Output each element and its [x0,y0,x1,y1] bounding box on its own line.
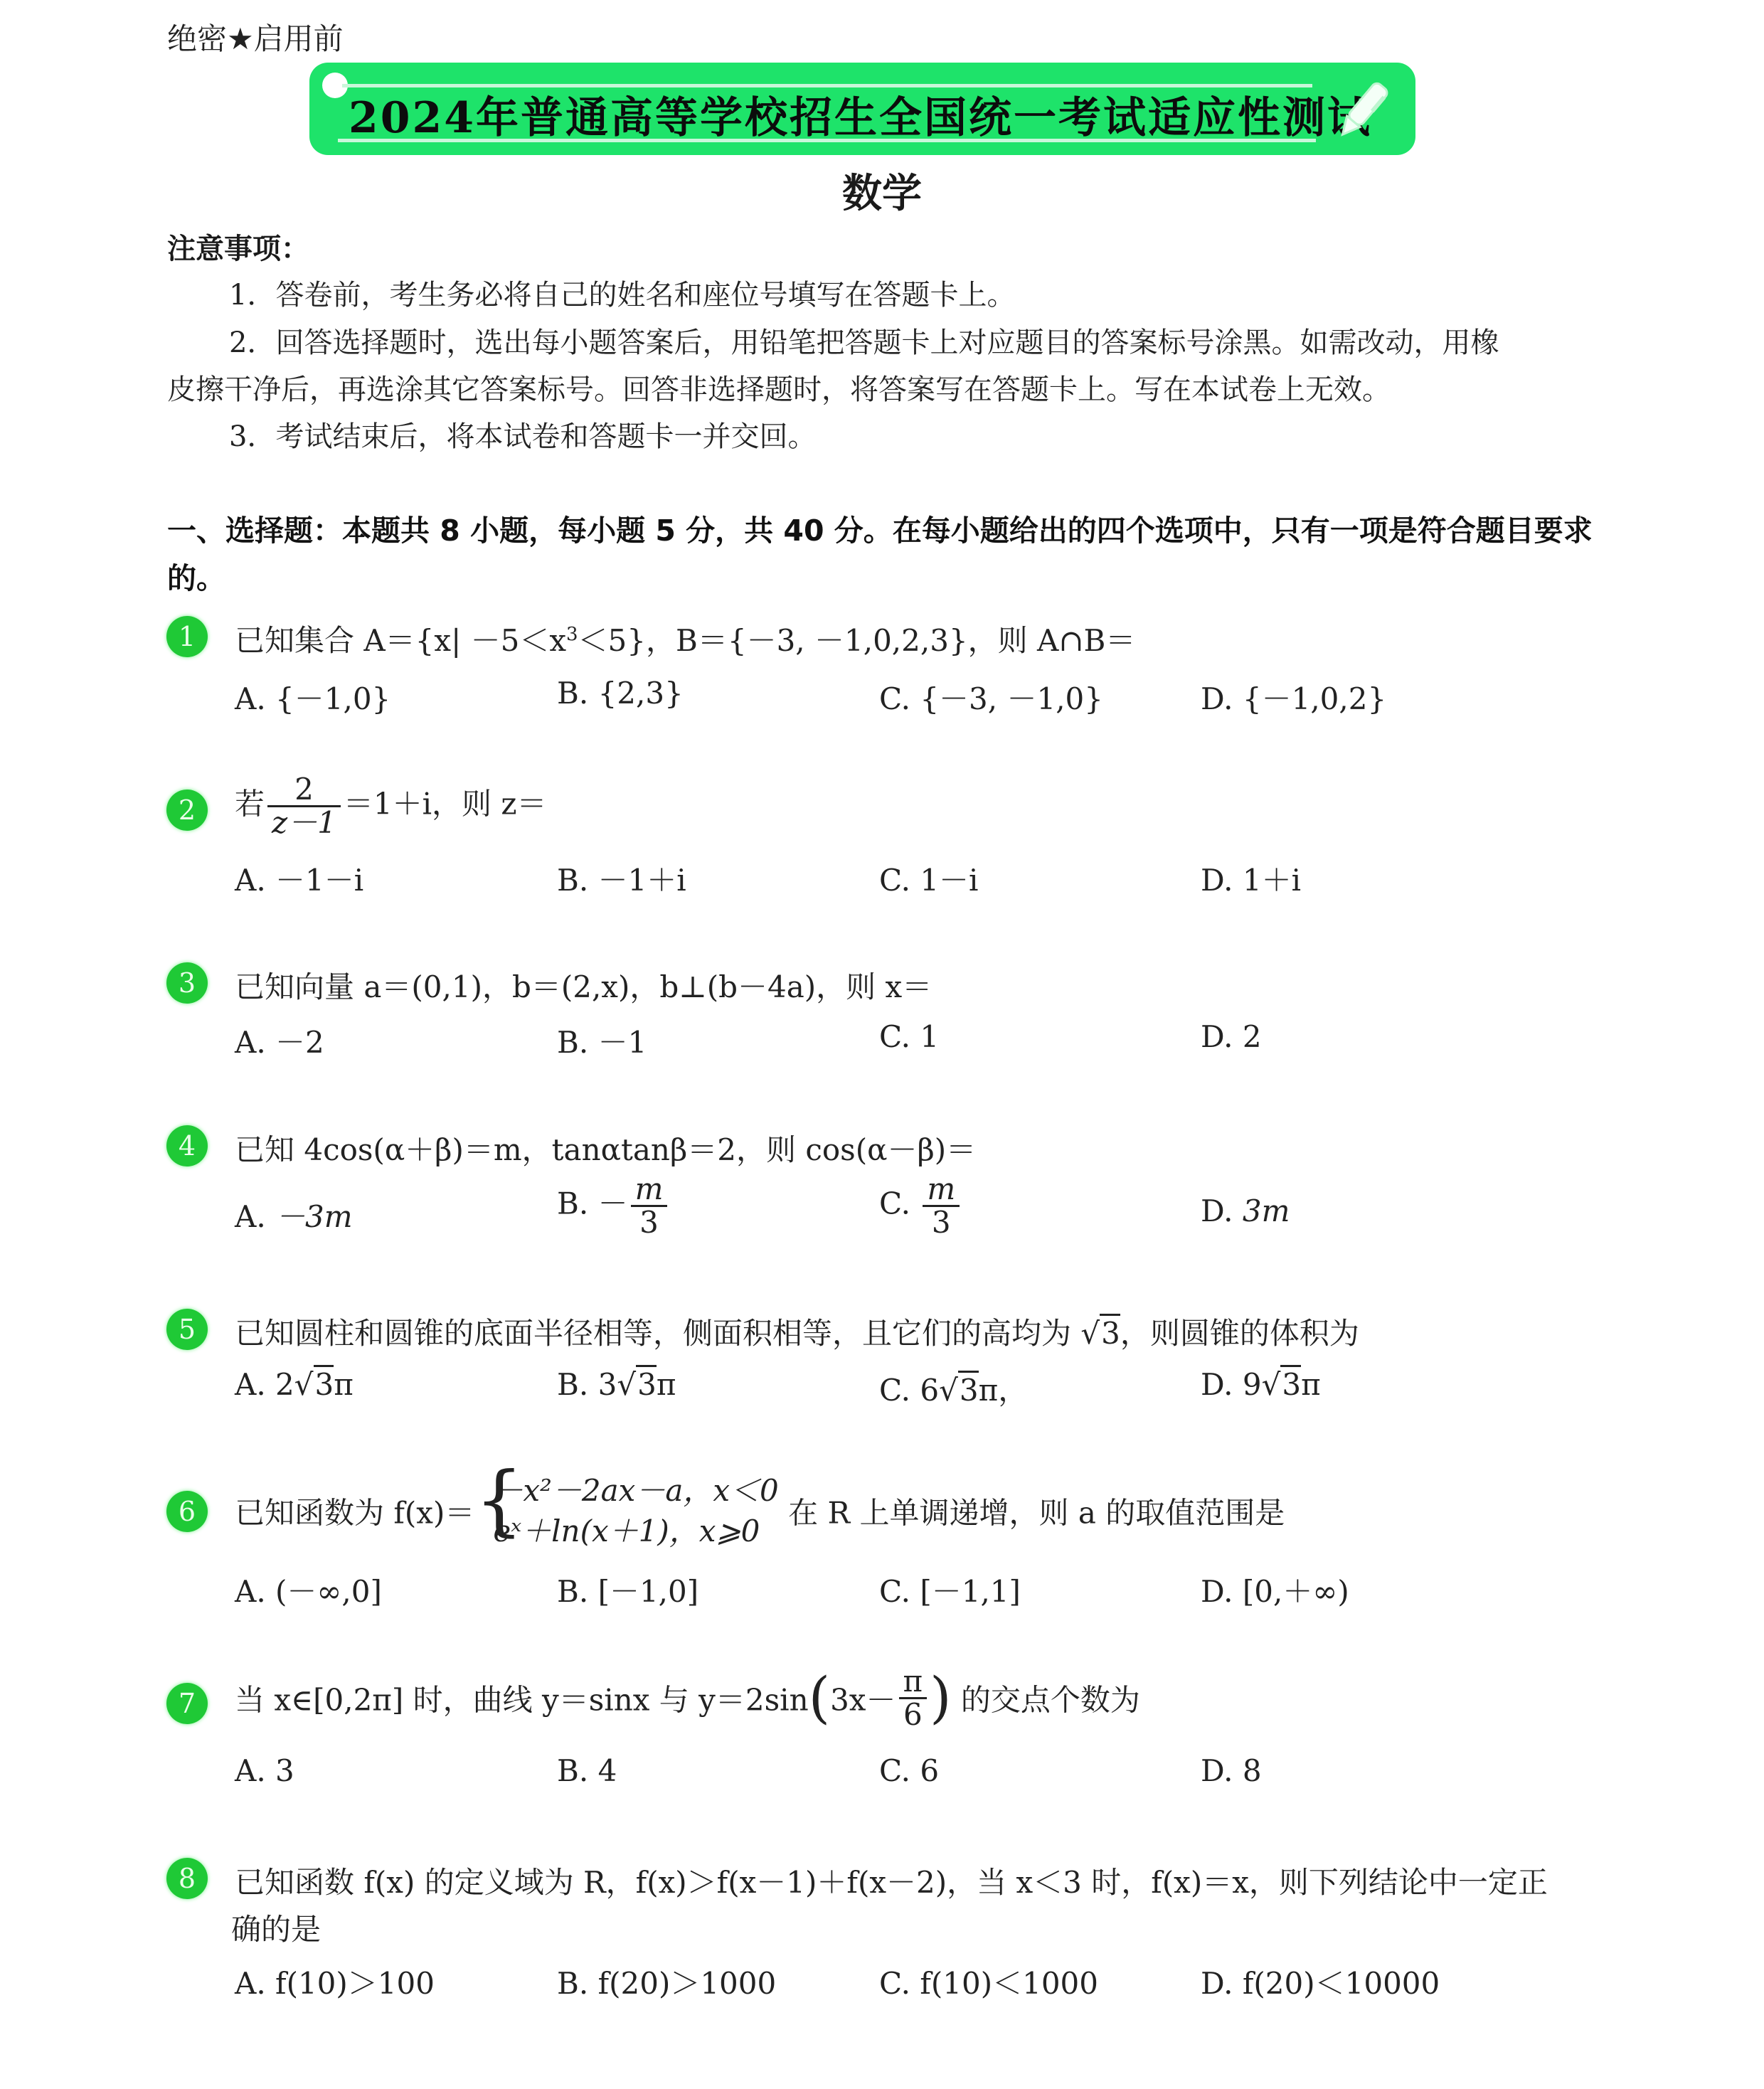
stem-text: 已知圆柱和圆锥的底面半径相等，侧面积相等，且它们的高均为 [235,1316,1071,1351]
coefficient: 3 [598,1367,617,1402]
question-number-badge: 5 [166,1309,208,1350]
stem-text: 已知函数为 f(x)＝ [235,1496,474,1531]
question-number-badge: 6 [166,1491,208,1532]
question-4-stem: 已知 4cos(α＋β)＝m，tanαtanβ＝2，则 cos(α－β)＝ [235,1127,976,1169]
notice-item-2: 2．回答选择题时，选出每小题答案后，用铅笔把答题卡上对应题目的答案标号涂黑。如需… [229,320,1499,361]
notice-title: 注意事项： [167,226,309,267]
question-8-option-c: C. f(10)＜1000 [879,1960,1098,2003]
piecewise-function: －x²－2ax－a，x＜0eˣ＋ln(x＋1)，x⩾0 [474,1471,778,1551]
option-value: 3m [1243,1194,1290,1228]
option-tail: π [1301,1367,1321,1402]
question-1-option-d: D. {－1,0,2} [1201,676,1386,718]
question-5-option-d: D. 9√3π [1201,1367,1321,1402]
question-6-stem: 已知函数为 f(x)＝－x²－2ax－a，x＜0eˣ＋ln(x＋1)，x⩾0 在… [235,1471,1285,1551]
question-2-option-c: C. 1－i [879,857,979,900]
question-8-option-a: A. f(10)＞100 [235,1960,435,2003]
stem-text: 3x－ [830,1683,896,1718]
fraction: π6 [899,1666,928,1731]
coefficient: 9 [1243,1367,1262,1402]
notice-item-2-continued: 皮擦干净后，再选涂其它答案标号。回答非选择题时，将答案写在答题卡上。写在本试卷上… [167,367,1391,408]
question-7-option-b: B. 4 [557,1753,617,1788]
question-4-option-c: C. m3 [879,1174,962,1238]
question-8-option-d: D. f(20)＜10000 [1201,1960,1440,2003]
stem-text: ＝1＋i，则 z＝ [344,787,547,822]
question-7-option-a: A. 3 [235,1753,294,1788]
question-1-option-b: B. {2,3} [557,676,684,711]
fraction: 2z－1 [267,774,341,839]
denominator: 3 [923,1207,960,1238]
question-2-option-b: B. －1＋i [557,857,686,900]
question-6-option-d: D. [0,＋∞) [1201,1568,1349,1611]
question-3-option-b: B. －1 [557,1019,647,1062]
option-label: D. [1201,1367,1233,1402]
option-label: A. [235,1199,266,1234]
question-5-option-b: B. 3√3π [557,1367,676,1402]
option-label: B. [557,1367,588,1402]
numerator: m [923,1174,960,1207]
option-tail: π [657,1367,676,1402]
stem-text: 在 R 上单调递增，则 a 的取值范围是 [788,1496,1285,1531]
question-2-stem: 若2z－1＝1＋i，则 z＝ [235,774,547,839]
section-header: 一、选择题：本题共 8 小题，每小题 5 分，共 40 分。在每小题给出的四个选… [167,507,1593,549]
question-6-option-c: C. [－1,1] [879,1568,1021,1611]
question-number-badge: 7 [166,1683,208,1724]
question-8-option-b: B. f(20)＞1000 [557,1960,776,2003]
question-number-badge: 2 [166,790,208,831]
sqrt-radicand: 3 [1280,1365,1301,1402]
numerator: m [631,1174,668,1207]
exponent: 3 [566,624,578,645]
question-number-badge: 1 [166,616,208,657]
stem-text: ＜5}，B＝{－3, －1,0,2,3}，则 A∩B＝ [578,623,1136,658]
fraction: m3 [631,1174,668,1238]
option-label: D. [1201,1194,1233,1228]
coefficient: 6 [920,1373,939,1408]
denominator: 3 [631,1207,668,1238]
numerator: 2 [267,774,341,807]
question-1-option-c: C. {－3, －1,0} [879,676,1103,718]
question-2-option-d: D. 1＋i [1201,857,1301,900]
question-5-stem: 已知圆柱和圆锥的底面半径相等，侧面积相等，且它们的高均为 √3，则圆锥的体积为 [235,1310,1359,1353]
question-6-option-b: B. [－1,0] [557,1568,698,1611]
option-label: A. [235,1367,266,1402]
question-7-option-c: C. 6 [879,1753,939,1788]
option-label: C. [879,1373,910,1408]
sqrt-radicand: 3 [314,1365,334,1402]
question-5-option-a: A. 2√3π [235,1367,354,1402]
question-4-option-a: A. －3m [235,1194,353,1236]
question-number-badge: 4 [166,1125,208,1166]
question-6-option-a: A. (－∞,0] [235,1568,382,1611]
option-tail: π， [979,1373,1029,1408]
sqrt-radicand: 3 [958,1371,979,1408]
question-5-option-c: C. 6√3π， [879,1367,1028,1410]
stem-text: 若 [235,787,265,822]
question-3-option-c: C. 1 [879,1019,939,1054]
question-3-option-a: A. －2 [235,1019,324,1062]
stem-text: 当 x∈[0,2π] 时，曲线 y＝sinx 与 y＝2sin [235,1683,809,1718]
option-tail: π [334,1367,354,1402]
question-4-option-b: B. －m3 [557,1174,670,1238]
option-label: C. [879,1186,910,1221]
stem-text: 已知集合 A＝{x| －5＜x [235,623,566,658]
left-paren: ( [809,1667,830,1731]
question-7-stem: 当 x∈[0,2π] 时，曲线 y＝sinx 与 y＝2sin(3x－π6) 的… [235,1666,1140,1731]
section-header-continued: 的。 [167,555,225,597]
option-label: B. [557,1186,588,1221]
piecewise-case-2: eˣ＋ln(x＋1)，x⩾0 [493,1511,778,1552]
question-3-stem: 已知向量 a＝(0,1)，b＝(2,x)，b⊥(b－4a)，则 x＝ [235,964,932,1006]
notice-item-3: 3．考试结束后，将本试卷和答题卡一并交回。 [229,414,816,455]
notice-item-1: 1．答卷前，考生务必将自己的姓名和座位号填写在答题卡上。 [229,272,1015,313]
fraction: m3 [923,1174,960,1238]
numerator: π [899,1666,928,1699]
question-7-option-d: D. 8 [1201,1753,1262,1788]
option-sign: － [598,1186,628,1221]
exam-title-banner: 2024年普通高等学校招生全国统一考试适应性测试 [309,63,1415,155]
question-8-stem: 已知函数 f(x) 的定义域为 R，f(x)＞f(x－1)＋f(x－2)，当 x… [235,1859,1548,1902]
pencil-icon [1332,74,1396,145]
question-1-stem: 已知集合 A＝{x| －5＜x3＜5}，B＝{－3, －1,0,2,3}，则 A… [235,617,1135,660]
question-1-option-a: A. {－1,0} [235,676,390,718]
right-paren: ) [930,1667,951,1731]
sqrt-radicand: 3 [636,1365,657,1402]
question-4-option-d: D. 3m [1201,1194,1290,1228]
question-8-stem-continued: 确的是 [231,1906,321,1949]
question-3-option-d: D. 2 [1201,1019,1262,1054]
stem-text: 的交点个数为 [961,1683,1140,1718]
denominator: 6 [899,1699,928,1731]
coefficient: 2 [275,1367,294,1402]
stem-text: ，则圆锥的体积为 [1120,1316,1359,1351]
confidential-label: 绝密★启用前 [167,16,344,58]
sqrt-radicand: 3 [1100,1314,1120,1351]
option-value: －3m [275,1199,353,1234]
piecewise-case-1: －x²－2ax－a，x＜0 [493,1471,778,1511]
question-number-badge: 3 [166,962,208,1004]
question-number-badge: 8 [166,1858,208,1899]
denominator: z－1 [267,807,341,839]
exam-title: 2024年普通高等学校招生全国统一考试适应性测试 [349,84,1372,145]
question-2-option-a: A. －1－i [235,857,363,900]
subject-title: 数学 [0,162,1764,219]
